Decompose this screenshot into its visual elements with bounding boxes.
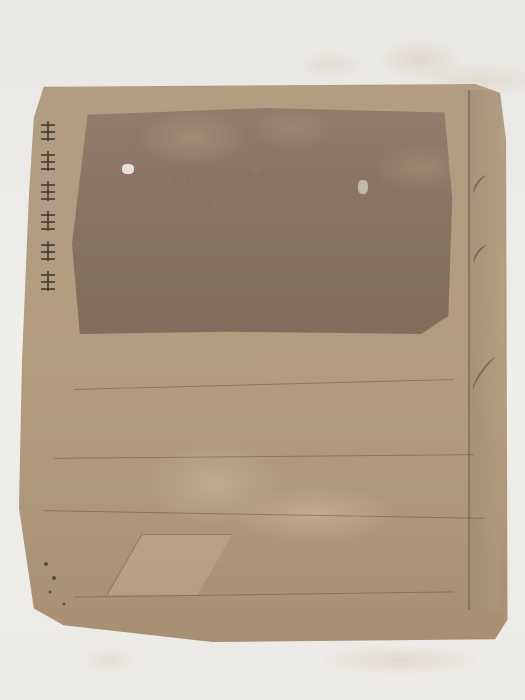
ink-character-mark bbox=[38, 180, 58, 204]
paper-tear-fold bbox=[106, 534, 232, 595]
ink-character-mark bbox=[38, 240, 58, 264]
handwritten-title-column bbox=[34, 120, 62, 330]
red-seal-mark: ⋮ bbox=[204, 194, 217, 207]
ink-character-mark bbox=[38, 210, 58, 234]
paper-crease bbox=[74, 379, 454, 390]
stitched-spine bbox=[468, 90, 500, 610]
worn-spot bbox=[122, 164, 134, 174]
manuscript-cover: ⋮⋮ ⋮⋮ ⋮ bbox=[14, 84, 510, 642]
worn-spot bbox=[358, 180, 368, 194]
faded-title-label-area bbox=[72, 108, 460, 334]
red-seal-mark: ⋮⋮ bbox=[244, 169, 270, 182]
ink-character-mark bbox=[38, 120, 58, 144]
ink-character-mark bbox=[38, 270, 58, 294]
paper-crease bbox=[44, 510, 484, 519]
red-seal-mark: ⋮⋮ bbox=[169, 174, 195, 187]
ink-character-mark bbox=[38, 150, 58, 174]
paper-crease bbox=[54, 454, 474, 459]
